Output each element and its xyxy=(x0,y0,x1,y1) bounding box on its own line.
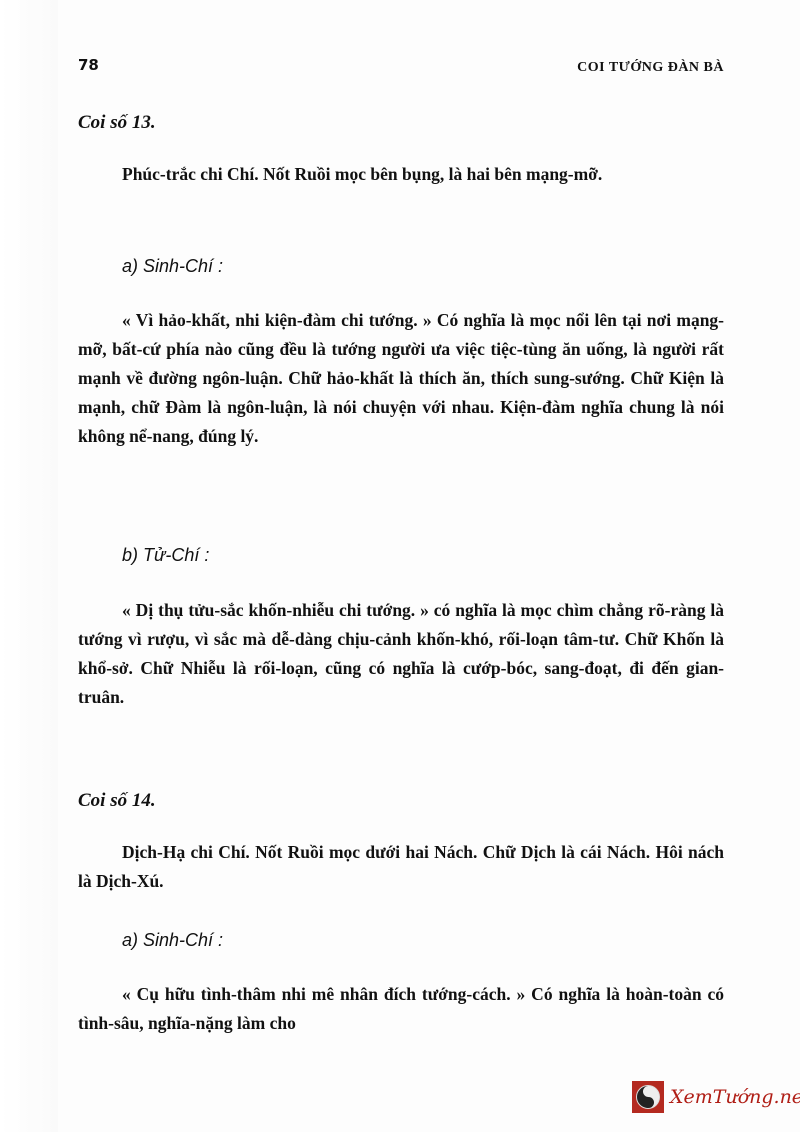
page-number: 78 xyxy=(78,56,99,74)
section-13-subhead-a: a) Sinh-Chí : xyxy=(122,256,223,277)
section-title-13: Coi số 13. xyxy=(78,112,156,134)
section-13-intro: Phúc-trắc chi Chí. Nốt Ruồi mọc bên bụng… xyxy=(78,160,724,189)
page-margin xyxy=(0,0,58,1132)
section-title-14: Coi số 14. xyxy=(78,790,156,812)
page-header: 78 COI TƯỚNG ĐÀN BÀ xyxy=(78,56,724,82)
book-page: 78 COI TƯỚNG ĐÀN BÀ Coi số 13. Phúc-trắc… xyxy=(0,0,800,1132)
watermark-brand: XemTướng.net xyxy=(670,1086,800,1108)
yin-yang-icon xyxy=(632,1081,664,1113)
section-14-intro: Dịch-Hạ chi Chí. Nốt Ruồi mọc dưới hai N… xyxy=(78,838,724,896)
section-14-paragraph-a: « Cụ hữu tình-thâm nhi mê nhân đích tướn… xyxy=(78,980,724,1038)
running-title: COI TƯỚNG ĐÀN BÀ xyxy=(577,60,724,76)
section-13-paragraph-b: « Dị thụ tửu-sắc khốn-nhiễu chi tướng. »… xyxy=(78,596,724,712)
site-watermark: XemTướng.net xyxy=(632,1080,800,1114)
section-14-subhead-a: a) Sinh-Chí : xyxy=(122,930,223,951)
section-13-subhead-b: b) Tử-Chí : xyxy=(122,545,209,566)
section-13-paragraph-a: « Vì hảo-khất, nhi kiện-đàm chi tướng. »… xyxy=(78,306,724,451)
